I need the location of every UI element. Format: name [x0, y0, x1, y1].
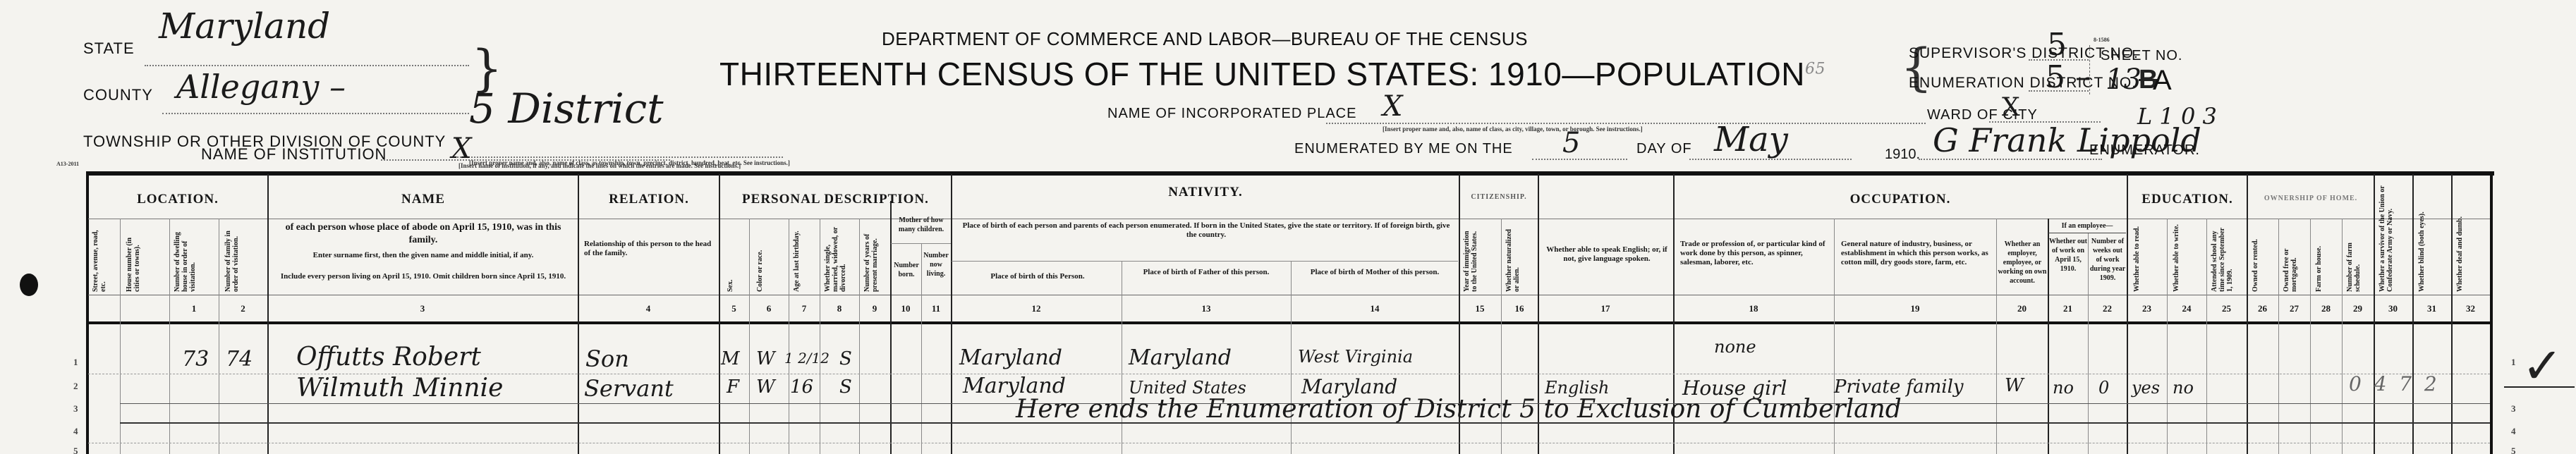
- row-number-left-3: 3: [73, 403, 78, 415]
- colnum-9: 9: [859, 303, 890, 314]
- header-industry: General nature of industry, business, or…: [1841, 240, 1991, 267]
- colnum-17: 17: [1538, 303, 1673, 314]
- colnum-30: 30: [2374, 303, 2412, 314]
- row-number-left-2: 2: [73, 381, 78, 392]
- group-citizenship: CITIZENSHIP.: [1460, 193, 1538, 201]
- colnum-10: 10: [890, 303, 921, 314]
- colnum-32: 32: [2451, 303, 2490, 314]
- institution-value: X: [451, 133, 471, 165]
- row2-name: Wilmuth Minnie: [296, 374, 503, 403]
- header-if-employee: If an employee—: [2049, 221, 2125, 231]
- sheet-side: A: [2153, 65, 2172, 97]
- binder-hole: [20, 274, 38, 296]
- header-owned-rented: Owned or rented.: [2252, 224, 2276, 292]
- row2-write: no: [2173, 378, 2194, 398]
- institution-label: Name of institution: [201, 145, 387, 164]
- colnum-22: 22: [2088, 303, 2127, 314]
- row-number-left-5: 5: [73, 446, 78, 454]
- state-label: State: [83, 39, 135, 58]
- county-value: Allegany –: [176, 68, 346, 106]
- header-trade: Trade or profession of, or particular ki…: [1680, 240, 1828, 267]
- header-num-living: Number now living.: [923, 251, 949, 278]
- header-sex: Sex.: [727, 224, 745, 292]
- colnum-8: 8: [820, 303, 859, 314]
- row-number-left-1: 1: [73, 357, 78, 368]
- township-value: 5 District: [469, 85, 664, 133]
- row-number-right-3: 3: [2511, 403, 2516, 415]
- census-title: THIRTEENTH CENSUS OF THE UNITED STATES: …: [719, 55, 1825, 93]
- incorporated-hint: [Insert proper name and, also, name of c…: [1383, 125, 1643, 133]
- colnum-3: 3: [267, 303, 578, 314]
- row1-birth-father: Maryland: [1129, 345, 1232, 370]
- row-number-left-4: 4: [73, 426, 78, 437]
- row2-marks: 0 4 7 2: [2349, 372, 2437, 395]
- row1-birth-person: Maryland: [959, 345, 1062, 370]
- header-name-main: of each person whose place of abode on A…: [279, 221, 568, 247]
- colnum-31: 31: [2412, 303, 2451, 314]
- colnum-29: 29: [2342, 303, 2374, 314]
- header-farm-house: Farm or house.: [2315, 224, 2339, 292]
- header-nativity-note: Place of birth of each person and parent…: [959, 221, 1453, 240]
- enumeration-value: 5 –: [2046, 59, 2091, 95]
- group-ownership: OWNERSHIP OF HOME.: [2248, 195, 2374, 202]
- colnum-25: 25: [2206, 303, 2247, 314]
- header-farm-schedule: Number of farm schedule.: [2346, 224, 2371, 292]
- row2-marital: S: [839, 376, 852, 398]
- header-deaf: Whether deaf and dumb.: [2456, 176, 2487, 292]
- colnum-18: 18: [1673, 303, 1834, 314]
- ward-value: X: [2002, 93, 2020, 122]
- sheet-note: L 1 0 3: [2137, 103, 2217, 130]
- header-relation: Relationship of this person to the head …: [584, 240, 714, 258]
- colnum-4: 4: [578, 303, 719, 314]
- header-immigration: Year of immigration to the United States…: [1463, 224, 1498, 292]
- row1-family: 74: [226, 347, 253, 372]
- header-veteran: Whether a survivor of the Union or Confe…: [2378, 176, 2410, 292]
- row2-sex: F: [727, 376, 739, 398]
- sheet-number: 13: [2106, 63, 2141, 96]
- colnum-11: 11: [921, 303, 951, 314]
- sheet-divider: [2089, 45, 2090, 94]
- header-birth-father: Place of birth of Father of this person.: [1126, 268, 1287, 277]
- header-mother-of: Mother of how many children.: [893, 216, 949, 234]
- colnum-27: 27: [2278, 303, 2310, 314]
- group-location: LOCATION.: [88, 192, 267, 207]
- row1-color: W: [756, 348, 775, 369]
- header-birth-mother: Place of birth of Mother of this person.: [1295, 268, 1454, 277]
- row1-relation: Son: [585, 345, 629, 372]
- row1-sex: M: [721, 348, 740, 369]
- header-dwelling: Number of dwelling house in order of vis…: [174, 224, 214, 292]
- row2-employer: W: [2005, 375, 2024, 396]
- colnum-13: 13: [1122, 303, 1291, 314]
- colnum-19: 19: [1834, 303, 1996, 314]
- colnum-26: 26: [2247, 303, 2278, 314]
- row1-birth-mother: West Virginia: [1298, 347, 1413, 367]
- colnum-23: 23: [2127, 303, 2167, 314]
- header-out-of-work: Whether out of work on April 15, 1910.: [2049, 237, 2087, 274]
- header-street: Street, avenue, road, etc.: [92, 224, 117, 292]
- colnum-12: 12: [951, 303, 1122, 314]
- group-personal: PERSONAL DESCRIPTION.: [720, 192, 951, 207]
- incorporated-value: X: [1383, 90, 1402, 123]
- header-school: Attended school any time since September…: [2211, 224, 2244, 292]
- colnum-24: 24: [2167, 303, 2206, 314]
- colnum-7: 7: [789, 303, 820, 314]
- closing-note: Here ends the Enumeration of District 5 …: [1016, 395, 1902, 424]
- incorporated-label: Name of incorporated place: [1107, 106, 1356, 122]
- state-value: Maryland: [159, 6, 330, 47]
- row2-relation: Servant: [584, 375, 674, 402]
- colnum-2: 2: [219, 303, 267, 314]
- row2-read: yes: [2132, 378, 2160, 398]
- enumeration-label: Enumeration District No.: [1909, 75, 2137, 92]
- header-age: Age at last birthday.: [793, 224, 815, 292]
- header-num-born: Number born.: [893, 261, 920, 279]
- header-weeks-out: Number of weeks out of work during year …: [2089, 237, 2126, 283]
- sheet-label: Sheet No.: [2101, 48, 2182, 64]
- row2-color: W: [756, 376, 775, 398]
- header-birth-person: Place of birth of this Person.: [956, 272, 1119, 281]
- row-number-right-5: 5: [2511, 446, 2516, 454]
- header-name-sub1: Enter surname first, then the given name…: [279, 251, 568, 260]
- group-education: EDUCATION.: [2128, 192, 2247, 207]
- group-nativity: NATIVITY.: [952, 185, 1459, 200]
- header-english: Whether able to speak English; or, if no…: [1545, 245, 1669, 264]
- header-house: House number (in cities or towns).: [126, 224, 165, 292]
- group-occupation: OCCUPATION.: [1675, 192, 2126, 207]
- institution-hint: [Insert name of institution, if any, and…: [458, 162, 741, 169]
- row2-out-of-work: no: [2053, 378, 2074, 398]
- colnum-28: 28: [2310, 303, 2342, 314]
- header-read: Whether able to read.: [2133, 224, 2163, 292]
- day-of-label: day of: [1636, 141, 1692, 157]
- colnum-20: 20: [1996, 303, 2048, 314]
- colnum-5: 5: [719, 303, 749, 314]
- department-line: DEPARTMENT OF COMMERCE AND LABOR—BUREAU …: [882, 28, 1528, 50]
- title-mark: 65: [1805, 61, 1825, 78]
- header-marital: Whether single, married, widowed, or div…: [824, 224, 855, 292]
- colnum-14: 14: [1291, 303, 1459, 314]
- header-blind: Whether blind (both eyes).: [2418, 176, 2448, 292]
- census-title-text: THIRTEENTH CENSUS OF THE UNITED STATES: …: [719, 56, 1805, 92]
- enumerated-label: Enumerated by me on the: [1294, 141, 1513, 157]
- header-years-married: Number of years of present marriage.: [863, 224, 887, 292]
- row2-age: 16: [790, 376, 813, 398]
- header-family: Number of family in order of visitation.: [224, 224, 264, 292]
- row1-age: 1 2/12: [784, 350, 830, 367]
- form-code-left: A13-2011: [56, 161, 79, 167]
- colnum-16: 16: [1501, 303, 1538, 314]
- header-name-sub2: Include every person living on April 15,…: [279, 272, 568, 281]
- county-label: County: [83, 86, 153, 104]
- enumerated-month: May: [1714, 120, 1788, 159]
- row1-name: Offutts Robert: [296, 343, 481, 372]
- margin-strike-line: [2504, 386, 2575, 388]
- row1-trade: none: [1714, 337, 1756, 357]
- header-write: Whether able to write.: [2173, 224, 2202, 292]
- colnum-21: 21: [2048, 303, 2088, 314]
- form-code-right: 8-1586: [2094, 37, 2110, 43]
- enumerator-label: Enumerator.: [2089, 142, 2200, 159]
- colnum-15: 15: [1459, 303, 1501, 314]
- header-naturalized: Whether naturalized or alien.: [1505, 224, 1533, 292]
- header-employer: Whether an employer, employee, or workin…: [1998, 240, 2047, 286]
- row1-dwelling: 73: [182, 347, 209, 372]
- row-number-right-4: 4: [2511, 426, 2516, 437]
- group-name: NAME: [269, 192, 578, 207]
- group-relation: RELATION.: [579, 192, 719, 207]
- row1-marital: S: [839, 348, 852, 369]
- header-color: Color or race.: [756, 224, 783, 292]
- row2-weeks-out: 0: [2098, 378, 2109, 398]
- colnum-1: 1: [169, 303, 219, 314]
- enumerated-day: 5: [1562, 127, 1580, 159]
- row-number-right-1: 1: [2511, 357, 2516, 368]
- supervisor-value: 5: [2047, 27, 2067, 63]
- colnum-6: 6: [749, 303, 789, 314]
- header-mortgaged: Owned free or mortgaged.: [2283, 224, 2308, 292]
- year-label: 1910.: [1885, 147, 1920, 163]
